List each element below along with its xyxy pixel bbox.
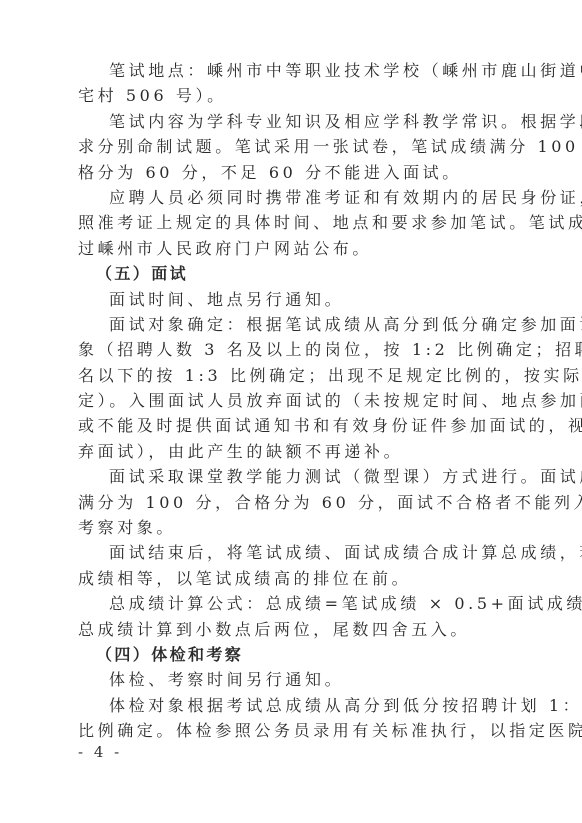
paragraph-line: 比例确定。体检参照公务员录用有关标准执行，以指定医院体检: [78, 718, 512, 743]
page-number: - 4 -: [78, 743, 122, 761]
paragraph-line: 考察对象。: [78, 515, 512, 540]
paragraph-line: 满分为 100 分，合格分为 60 分，面试不合格者不能列入体检、: [78, 490, 512, 515]
paragraph-line: 成绩相等，以笔试成绩高的排位在前。: [78, 566, 512, 591]
paragraph-line: 应聘人员必须同时携带准考证和有效期内的居民身份证，按: [78, 185, 512, 210]
document-page: 笔试地点：嵊州市中等职业技术学校（嵊州市鹿山街道中央 宅村 506 号）。 笔试…: [78, 58, 512, 744]
paragraph-line: 弃面试），由此产生的缺额不再递补。: [78, 439, 512, 464]
paragraph-line: 体检对象根据考试总成绩从高分到低分按招聘计划 1：1 的: [78, 693, 512, 718]
paragraph-line: 过嵊州市人民政府门户网站公布。: [78, 236, 512, 261]
paragraph-line: 格分为 60 分，不足 60 分不能进入面试。: [78, 160, 512, 185]
paragraph-line: 照准考证上规定的具体时间、地点和要求参加笔试。笔试成绩通: [78, 210, 512, 235]
paragraph-line: 体检、考察时间另行通知。: [78, 667, 512, 692]
paragraph-line: 笔试地点：嵊州市中等职业技术学校（嵊州市鹿山街道中央: [78, 58, 512, 83]
paragraph-line: 或不能及时提供面试通知书和有效身份证件参加面试的，视作放: [78, 413, 512, 438]
paragraph-line: 定）。入围面试人员放弃面试的（未按规定时间、地点参加面试: [78, 388, 512, 413]
paragraph-line: 象（招聘人数 3 名及以上的岗位，按 1:2 比例确定；招聘人数 3: [78, 337, 512, 362]
section-heading-interview: （五）面试: [78, 261, 512, 286]
paragraph-line: 名以下的按 1:3 比例确定；出现不足规定比例的，按实际人数确: [78, 363, 512, 388]
paragraph-line: 面试对象确定：根据笔试成绩从高分到低分确定参加面试对: [78, 312, 512, 337]
paragraph-line: 面试结束后，将笔试成绩、面试成绩合成计算总成绩，若总: [78, 540, 512, 565]
paragraph-line: 总成绩计算到小数点后两位，尾数四舍五入。: [78, 617, 512, 642]
paragraph-line: 笔试内容为学科专业知识及相应学科教学常识。根据学段要: [78, 109, 512, 134]
paragraph-line: 求分别命制试题。笔试采用一张试卷，笔试成绩满分 100 分，合: [78, 134, 512, 159]
paragraph-line: 总成绩计算公式：总成绩=笔试成绩 × 0.5+面试成绩 × 0.5；: [78, 591, 512, 616]
paragraph-line: 面试时间、地点另行通知。: [78, 287, 512, 312]
section-heading-physical-exam: （四）体检和考察: [78, 642, 512, 667]
paragraph-line: 面试采取课堂教学能力测试（微型课）方式进行。面试成绩: [78, 464, 512, 489]
paragraph-line: 宅村 506 号）。: [78, 83, 512, 108]
